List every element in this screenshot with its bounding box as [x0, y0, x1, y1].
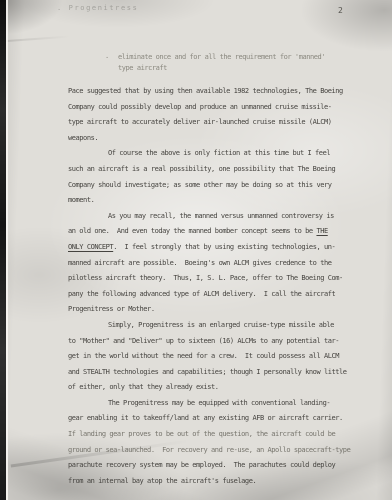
text-segment: Pace suggested that by using then availa… — [68, 87, 343, 95]
text-line: eliminate once and for all the requireme… — [105, 52, 368, 63]
text-segment: type aircraft to accurately deliver air-… — [68, 118, 332, 126]
text-line: parachute recovery system may be employe… — [68, 458, 368, 474]
underlined-text: THE — [316, 227, 327, 235]
text-segment: The Progenitress may be equipped with co… — [108, 399, 330, 407]
text-segment: get in the world without the need for a … — [68, 352, 339, 360]
paragraph: The Progenitress may be equipped with co… — [68, 396, 368, 490]
text-segment: weapons. — [68, 134, 98, 142]
text-segment: such an aircraft is a real possibility, … — [68, 165, 335, 173]
text-line: Simply, Progenitress is an enlarged crui… — [68, 318, 368, 334]
text-segment: pany the following advanced type of ALCM… — [68, 290, 335, 298]
text-line: pilotless aircraft theory. Thus, I, S. L… — [68, 271, 368, 287]
text-segment: Of course the above is only fiction at t… — [108, 149, 330, 157]
text-line: an old one. And even today the manned bo… — [68, 224, 368, 240]
paragraph: As you may recall, the manned versus unm… — [68, 209, 368, 318]
text-line: Company should investigate; as some othe… — [68, 178, 368, 194]
text-segment: an old one. And even today the manned bo… — [68, 227, 316, 235]
text-line: Company could possibly develop and produ… — [68, 100, 368, 116]
text-line: Progenitress or Mother. — [68, 302, 368, 318]
text-line: The Progenitress may be equipped with co… — [68, 396, 368, 412]
text-line: weapons. — [68, 131, 368, 147]
text-segment: from an internal bay atop the aircraft's… — [68, 477, 256, 485]
text-segment: Company should investigate; as some othe… — [68, 181, 332, 189]
text-segment: Simply, Progenitress is an enlarged crui… — [108, 321, 334, 329]
paragraph: Of course the above is only fiction at t… — [68, 146, 368, 208]
text-segment: Company could possibly develop and produ… — [68, 103, 332, 111]
text-line: If landing gear proves to be out of the … — [68, 427, 368, 443]
faint-header-text: . Progenitress — [57, 4, 138, 12]
text-line: ONLY CONCEPT. I feel strongly that by us… — [68, 240, 368, 256]
text-segment: parachute recovery system may be employe… — [68, 461, 335, 469]
text-segment: moment. — [68, 196, 94, 204]
paragraph: Simply, Progenitress is an enlarged crui… — [68, 318, 368, 396]
paper-crease — [0, 36, 70, 43]
scan-edge-highlight — [6, 0, 8, 500]
text-line: from an internal bay atop the aircraft's… — [68, 474, 368, 490]
text-line: moment. — [68, 193, 368, 209]
text-line: type aircraft to accurately deliver air-… — [68, 115, 368, 131]
text-segment: type aircraft — [118, 64, 167, 72]
text-segment: and STEALTH technologies and capabilitie… — [68, 368, 347, 376]
document-body: .eliminate once and for all the requirem… — [68, 52, 368, 489]
text-line: of either, only that they already exist. — [68, 380, 368, 396]
text-line: to "Mother" and "Deliver" up to sixteen … — [68, 334, 368, 350]
text-line: get in the world without the need for a … — [68, 349, 368, 365]
paragraph: Pace suggested that by using then availa… — [68, 84, 368, 146]
text-line: pany the following advanced type of ALCM… — [68, 287, 368, 303]
page-number: 2 — [338, 6, 343, 15]
text-segment: Progenitress or Mother. — [68, 305, 155, 313]
text-line: manned aircraft are possible. Boeing's o… — [68, 256, 368, 272]
text-segment: of either, only that they already exist. — [68, 383, 219, 391]
text-segment: manned aircraft are possible. Boeing's o… — [68, 259, 332, 267]
text-line: and STEALTH technologies and capabilitie… — [68, 365, 368, 381]
text-line: type aircraft — [105, 63, 368, 74]
text-line: such an aircraft is a real possibility, … — [68, 162, 368, 178]
text-segment: eliminate once and for all the requireme… — [118, 53, 325, 61]
text-line: Of course the above is only fiction at t… — [68, 146, 368, 162]
text-line: ground or sea-launched. For recovery and… — [68, 443, 368, 459]
bullet-mark: . — [105, 52, 109, 60]
text-segment: to "Mother" and "Deliver" up to sixteen … — [68, 337, 339, 345]
bullet-note: .eliminate once and for all the requirem… — [105, 52, 368, 73]
text-segment: gear enabling it to takeoff/land at any … — [68, 414, 343, 422]
text-segment: ground or sea-launched. For recovery and… — [68, 446, 350, 454]
text-line: Pace suggested that by using then availa… — [68, 84, 368, 100]
text-line: As you may recall, the manned versus unm… — [68, 209, 368, 225]
underlined-text: ONLY CONCEPT — [68, 243, 113, 251]
text-segment: pilotless aircraft theory. Thus, I, S. L… — [68, 274, 343, 282]
text-segment: If landing gear proves to be out of the … — [68, 430, 335, 438]
text-segment: . I feel strongly that by using existing… — [113, 243, 335, 251]
text-segment: As you may recall, the manned versus unm… — [108, 212, 334, 220]
scanned-page: . Progenitress 2 .eliminate once and for… — [0, 0, 392, 500]
text-line: gear enabling it to takeoff/land at any … — [68, 411, 368, 427]
